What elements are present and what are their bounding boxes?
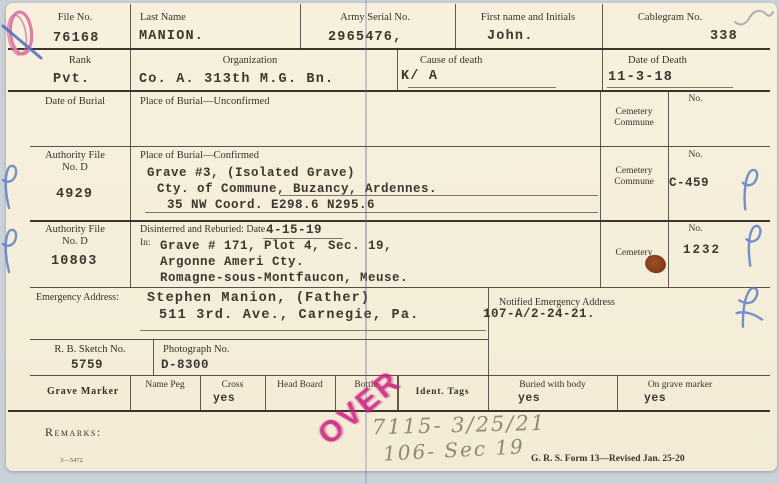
army-serial-label: Army Serial No.: [300, 12, 450, 24]
h-rule: [30, 146, 770, 147]
pen-mark-p-right-2: [742, 224, 768, 268]
cemetery-commune-no-value: C-459: [669, 176, 709, 190]
h-rule: [30, 220, 770, 222]
emergency-address-line-1: Stephen Manion, (Father): [147, 291, 370, 306]
pen-mark-p-right-3: [735, 286, 767, 330]
grave-col-cross-value: yes: [213, 392, 235, 405]
pen-stroke: [3, 230, 16, 272]
h-rule: [8, 410, 770, 412]
first-name-value: John.: [487, 29, 534, 44]
disinterred-line-1: Grave # 171, Plot 4, Sec. 19,: [160, 239, 392, 253]
grave-col-buried-with-body: Buried with body: [488, 380, 617, 391]
pen-stroke: [735, 286, 767, 330]
no-label-3: No.: [668, 224, 723, 235]
v-rule: [602, 4, 603, 91]
pen-checkmark: [733, 8, 775, 32]
notified-address-value: 107-A/2-24-21.: [483, 307, 595, 321]
cause-of-death-label: Cause of death: [420, 55, 482, 67]
remarks-label: Remarks:: [45, 425, 102, 440]
v-rule: [600, 91, 601, 288]
underline-rule: [408, 87, 556, 88]
burial-confirmed-line-1: Grave #3, (Isolated Grave): [147, 166, 355, 180]
pen-mark-p-right-1: [738, 168, 764, 212]
rank-label: Rank: [45, 55, 115, 67]
underline-rule: [607, 87, 733, 88]
grave-col-on-grave-value: yes: [644, 392, 666, 405]
v-rule: [300, 4, 301, 49]
date-of-burial-label: Date of Burial: [35, 96, 115, 108]
scanned-card-screenshot: File No. 76168 Last Name MANION. Army Se…: [0, 0, 779, 484]
burial-confirmed-label: Place of Burial—Confirmed: [140, 150, 259, 162]
photograph-value: D-8300: [161, 358, 209, 372]
h-rule: [30, 287, 770, 288]
disinterred-line-3: Romagne-sous-Montfaucon, Meuse.: [160, 271, 408, 285]
cemetery-commune-label-1: Cemetery Commune: [602, 107, 666, 129]
file-no-value: 76168: [53, 31, 100, 46]
organization-label: Organization: [150, 55, 350, 67]
cablegram-label: Cablegram No.: [605, 12, 735, 24]
corner-zero-stamp: [0, 5, 46, 63]
v-rule: [455, 4, 456, 49]
v-rule: [397, 49, 398, 91]
v-rule: [130, 4, 131, 288]
grave-col-ident-tags: Ident. Tags: [397, 387, 488, 398]
rb-sketch-label: R. B. Sketch No.: [35, 344, 145, 356]
underline-rule: [140, 330, 486, 331]
disinterred-label: Disinterred and Reburied: Date: [140, 224, 265, 236]
no-label-1: No.: [668, 94, 723, 105]
h-rule: [8, 48, 770, 50]
grave-col-buried-value: yes: [518, 392, 540, 405]
grave-marker-label: Grave Marker: [33, 386, 133, 398]
last-name-value: MANION.: [139, 29, 204, 44]
disinterred-date-value: 4-15-19: [266, 223, 322, 237]
photograph-label: Photograph No.: [163, 344, 230, 356]
date-of-death-value: 11-3-18: [608, 70, 673, 85]
burial-confirmed-line-2: Cty. of Commune, Buzancy, Ardennes.: [157, 182, 437, 196]
v-rule: [488, 288, 489, 376]
emergency-address-line-2: 511 3rd. Ave., Carnegie, Pa.: [159, 308, 419, 323]
disinterred-line-2: Argonne Ameri Cty.: [160, 255, 304, 269]
cemetery-no-value: 1232: [683, 243, 721, 257]
authority-file-label-2: Authority File No. D: [38, 224, 112, 249]
organization-value: Co. A. 313th M.G. Bn.: [139, 72, 334, 87]
disinterred-in-label: In:: [140, 238, 151, 249]
v-rule: [153, 339, 154, 376]
burial-confirmed-line-3: 35 NW Coord. E298.6 N295.6: [167, 198, 375, 212]
cemetery-commune-label-2: Cemetery Commune: [602, 166, 666, 188]
rb-sketch-value: 5759: [71, 358, 103, 372]
rank-value: Pvt.: [53, 72, 90, 87]
date-of-death-label: Date of Death: [628, 55, 687, 67]
h-rule: [8, 90, 770, 92]
authority-file-value-1: 4929: [56, 187, 93, 202]
first-name-label: First name and Initials: [458, 12, 598, 24]
authority-file-label-1: Authority File No. D: [38, 150, 112, 175]
grave-col-name-peg: Name Peg: [130, 380, 200, 391]
burial-unconfirmed-label: Place of Burial—Unconfirmed: [140, 96, 269, 108]
file-no-label: File No.: [35, 12, 115, 24]
pen-mark-p-left-2: [0, 228, 24, 274]
h-rule: [30, 339, 488, 340]
last-name-label: Last Name: [140, 12, 186, 24]
grave-col-on-grave-marker: On grave marker: [610, 380, 750, 391]
underline-rule: [145, 212, 598, 213]
grave-col-cross: Cross: [200, 380, 265, 391]
pen-stroke: [744, 225, 761, 266]
pen-stroke: [739, 169, 758, 211]
pen-stroke: [3, 166, 16, 208]
checkmark-stroke: [735, 11, 773, 25]
footer-form-id: G. R. S. Form 13—Revised Jan. 25-20: [531, 454, 685, 464]
cause-of-death-value: K/ A: [401, 69, 438, 84]
pen-mark-p-left-1: [0, 164, 24, 210]
authority-file-value-2: 10803: [51, 254, 98, 269]
emergency-address-label: Emergency Address:: [36, 292, 119, 304]
grave-col-head-board: Head Board: [265, 380, 335, 391]
no-label-2: No.: [668, 150, 723, 161]
footer-print-code: 3—5472: [60, 457, 83, 464]
